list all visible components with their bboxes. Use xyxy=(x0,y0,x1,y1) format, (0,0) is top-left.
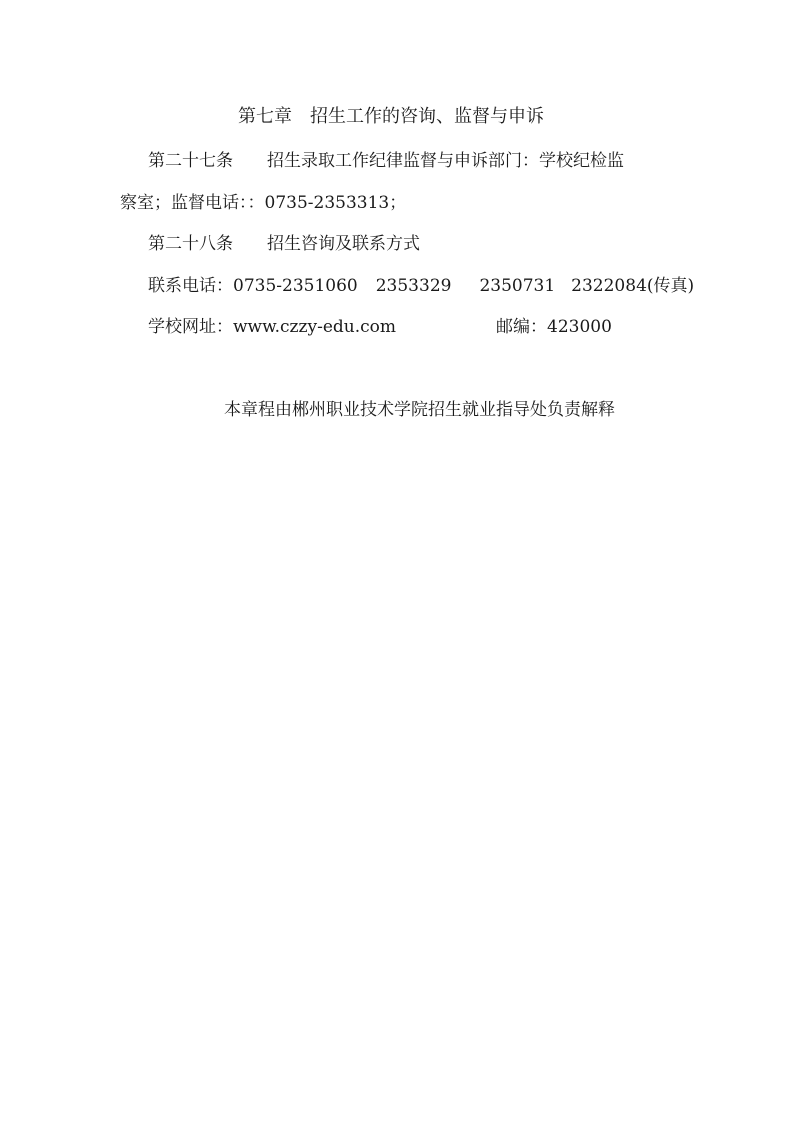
article-27-line2: 察室；监督电话：：0735-2353313； xyxy=(120,192,406,214)
website-label: 学校网址： xyxy=(148,317,233,337)
document-page: 第七章 招生工作的咨询、监督与申诉 第二十七条招生录取工作纪律监督与申诉部门：学… xyxy=(0,0,793,1122)
phone-2: 2353329 xyxy=(376,276,452,296)
phone-3: 2350731 xyxy=(479,276,555,296)
article-28-number: 第二十八条 xyxy=(148,234,233,254)
phone-fax: 2322084(传真) xyxy=(571,276,694,296)
postcode-label: 邮编： xyxy=(496,317,547,337)
phone-1: 0735-2351060 xyxy=(233,276,358,296)
chapter-title: 第七章 招生工作的咨询、监督与申诉 xyxy=(238,106,544,128)
article-27-text: 招生录取工作纪律监督与申诉部门：学校纪检监 xyxy=(267,151,624,171)
phone-label: 联系电话： xyxy=(148,276,233,296)
contact-phones: 联系电话：0735-2351060235332923507312322084(传… xyxy=(148,275,694,297)
article-27-number: 第二十七条 xyxy=(148,151,233,171)
website-link[interactable]: www.czzy-edu.com xyxy=(233,317,396,337)
article-28-text: 招生咨询及联系方式 xyxy=(267,234,420,254)
postcode-value: 423000 xyxy=(547,317,612,337)
article-27-line1: 第二十七条招生录取工作纪律监督与申诉部门：学校纪检监 xyxy=(148,150,624,172)
footer-note: 本章程由郴州职业技术学院招生就业指导处负责解释 xyxy=(224,399,615,421)
contact-web-post: 学校网址：www.czzy-edu.com邮编：423000 xyxy=(148,316,612,338)
article-28-line: 第二十八条招生咨询及联系方式 xyxy=(148,233,420,255)
